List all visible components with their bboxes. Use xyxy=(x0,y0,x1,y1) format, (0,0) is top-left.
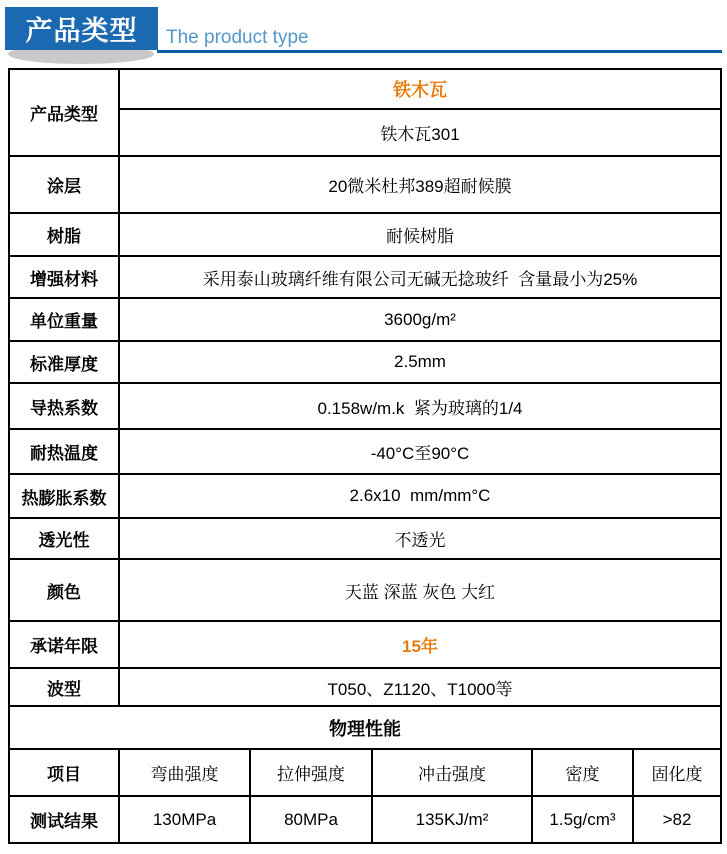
table-row: 测试结果 130MPa 80MPa 135KJ/m² 1.5g/cm³ >82 xyxy=(9,796,721,843)
physical-header-density: 密度 xyxy=(532,749,633,796)
spec-label-thermal-conductivity: 导热系数 xyxy=(9,383,119,429)
spec-value-brand: 铁木瓦 xyxy=(119,69,721,109)
table-row: 物理性能 xyxy=(9,706,721,749)
physical-header-tensile-strength: 拉伸强度 xyxy=(250,749,372,796)
spec-label-unit-weight: 单位重量 xyxy=(9,298,119,341)
spec-value-warranty: 15年 xyxy=(119,621,721,668)
table-row: 导热系数 0.158w/m.k 紧为玻璃的1/4 xyxy=(9,383,721,429)
table-row: 产品类型 铁木瓦 xyxy=(9,69,721,109)
spec-value-wave-type: T050、Z1120、T1000等 xyxy=(119,668,721,706)
table-row: 标准厚度 2.5mm xyxy=(9,341,721,383)
spec-label-warranty: 承诺年限 xyxy=(9,621,119,668)
table-row: 热膨胀系数 2.6x10 mm/mm°C xyxy=(9,474,721,518)
table-row: 涂层 20微米杜邦389超耐候膜 xyxy=(9,156,721,213)
page-header: 产品类型 The product type xyxy=(0,0,727,66)
section-title-cn: 产品类型 xyxy=(26,9,138,48)
spec-value-thickness: 2.5mm xyxy=(119,341,721,383)
table-row: 承诺年限 15年 xyxy=(9,621,721,668)
spec-value-color: 天蓝 深蓝 灰色 大红 xyxy=(119,559,721,621)
spec-value-resin: 耐候树脂 xyxy=(119,213,721,256)
table-row: 耐热温度 -40°C至90°C xyxy=(9,429,721,474)
spec-value-heat-resistance: -40°C至90°C xyxy=(119,429,721,474)
spec-label-thickness: 标准厚度 xyxy=(9,341,119,383)
physical-result-label: 测试结果 xyxy=(9,796,119,843)
spec-value-thermal-conductivity: 0.158w/m.k 紧为玻璃的1/4 xyxy=(119,383,721,429)
spec-value-reinforcement: 采用泰山玻璃纤维有限公司无碱无捻玻纤 含量最小为25% xyxy=(119,256,721,298)
spec-label-wave-type: 波型 xyxy=(9,668,119,706)
spec-label-heat-resistance: 耐热温度 xyxy=(9,429,119,474)
spec-label-color: 颜色 xyxy=(9,559,119,621)
table-row: 增强材料 采用泰山玻璃纤维有限公司无碱无捻玻纤 含量最小为25% xyxy=(9,256,721,298)
table-row: 树脂 耐候树脂 xyxy=(9,213,721,256)
table-row: 单位重量 3600g/m² xyxy=(9,298,721,341)
physical-header-item: 项目 xyxy=(9,749,119,796)
header-underline xyxy=(157,50,722,53)
table-row: 透光性 不透光 xyxy=(9,518,721,559)
physical-header-bending-strength: 弯曲强度 xyxy=(119,749,250,796)
spec-value-light-transmission: 不透光 xyxy=(119,518,721,559)
physical-header-impact-strength: 冲击强度 xyxy=(372,749,532,796)
physical-result-bending-strength: 130MPa xyxy=(119,796,250,843)
spec-label-product-type: 产品类型 xyxy=(9,69,119,156)
spec-label-light-transmission: 透光性 xyxy=(9,518,119,559)
spec-value-model: 铁木瓦301 xyxy=(119,109,721,156)
product-spec-table: 产品类型 铁木瓦 铁木瓦301 涂层 20微米杜邦389超耐候膜 树脂 耐候树脂… xyxy=(8,68,722,844)
table-row: 颜色 天蓝 深蓝 灰色 大红 xyxy=(9,559,721,621)
physical-result-impact-strength: 135KJ/m² xyxy=(372,796,532,843)
physical-properties-title: 物理性能 xyxy=(9,706,721,749)
spec-label-resin: 树脂 xyxy=(9,213,119,256)
table-row: 波型 T050、Z1120、T1000等 xyxy=(9,668,721,706)
spec-label-coating: 涂层 xyxy=(9,156,119,213)
section-title-ribbon: 产品类型 xyxy=(5,7,158,50)
physical-result-density: 1.5g/cm³ xyxy=(532,796,633,843)
spec-label-thermal-expansion: 热膨胀系数 xyxy=(9,474,119,518)
physical-header-curing-degree: 固化度 xyxy=(633,749,721,796)
physical-result-tensile-strength: 80MPa xyxy=(250,796,372,843)
spec-value-thermal-expansion: 2.6x10 mm/mm°C xyxy=(119,474,721,518)
spec-value-unit-weight: 3600g/m² xyxy=(119,298,721,341)
section-title-en: The product type xyxy=(166,27,309,49)
spec-value-coating: 20微米杜邦389超耐候膜 xyxy=(119,156,721,213)
spec-label-reinforcement: 增强材料 xyxy=(9,256,119,298)
physical-result-curing-degree: >82 xyxy=(633,796,721,843)
table-row: 项目 弯曲强度 拉伸强度 冲击强度 密度 固化度 xyxy=(9,749,721,796)
